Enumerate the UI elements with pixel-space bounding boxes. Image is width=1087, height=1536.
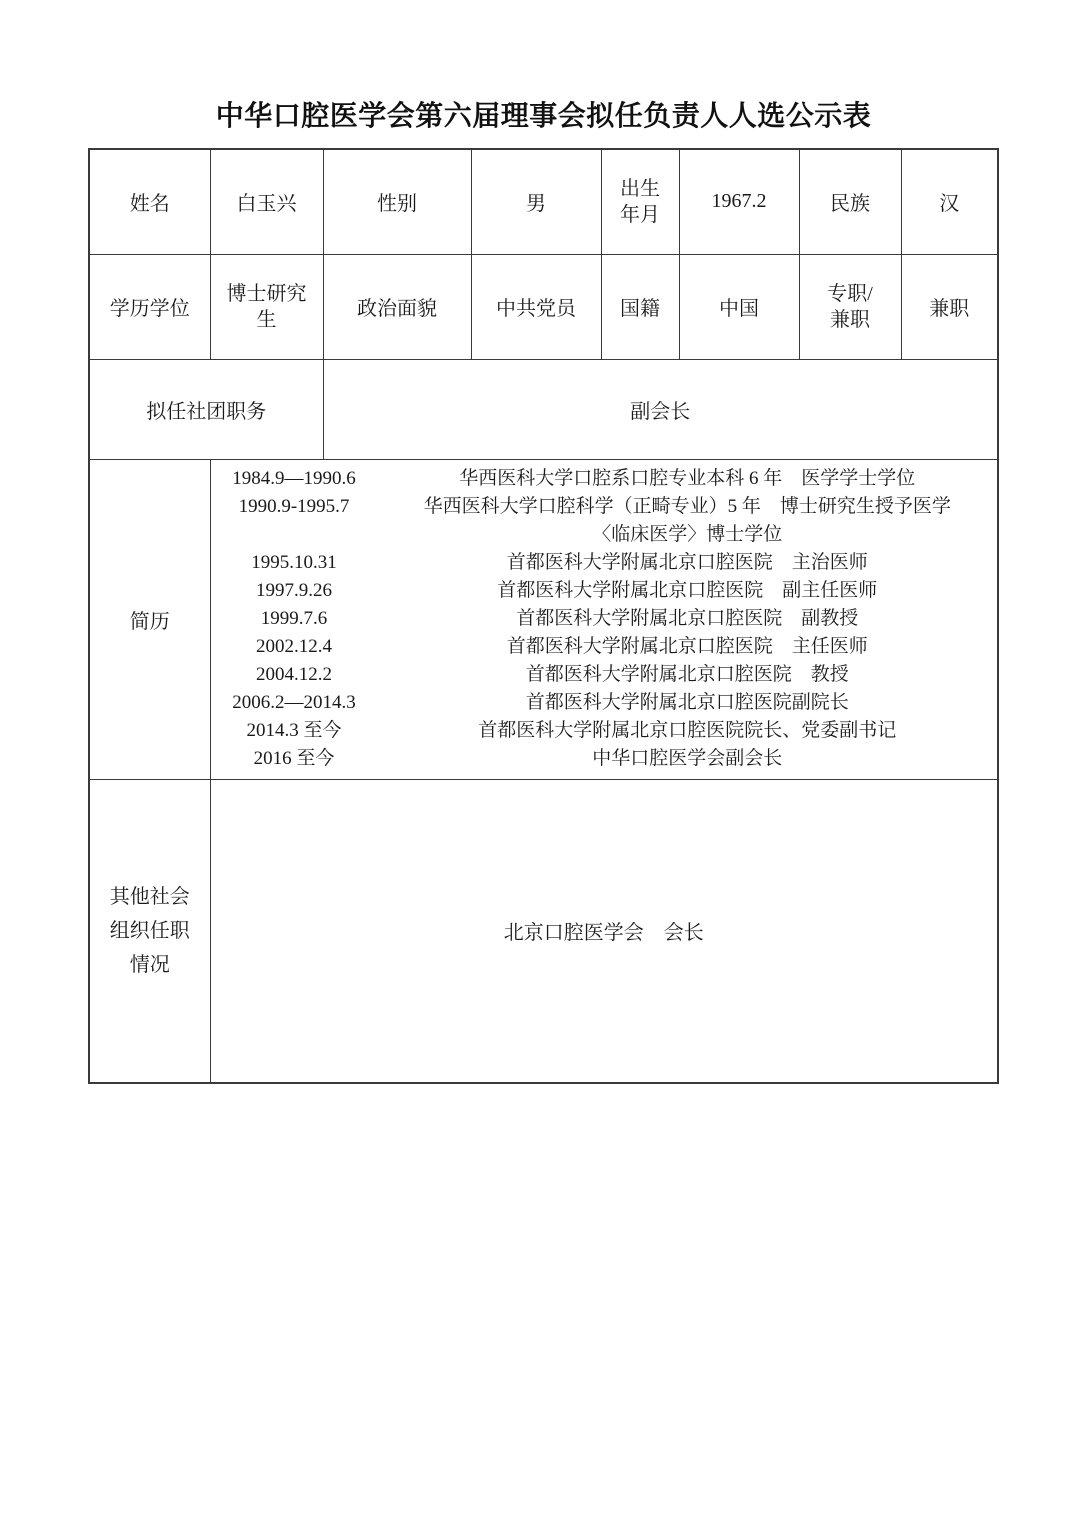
nationality-label: 国籍: [601, 254, 679, 359]
other-positions-label: 其他社会 组织任职 情况: [89, 779, 210, 1083]
birthdate-value: 1967.2: [679, 149, 799, 254]
education-value: 博士研究 生: [210, 254, 323, 359]
resume-line-text: 首都医科大学附属北京口腔医院 教授: [378, 661, 998, 689]
political-status-label: 政治面貌: [323, 254, 471, 359]
resume-label: 简历: [89, 459, 210, 779]
resume-line-date: 1999.7.6: [211, 605, 378, 633]
resume-line-date: 2004.12.2: [211, 661, 378, 689]
resume-line: 〈临床医学〉博士学位: [211, 521, 998, 549]
resume-line: 2002.12.4 首都医科大学附属北京口腔医院 主任医师: [211, 633, 998, 661]
resume-line-text: 华西医科大学口腔系口腔专业本科 6 年 医学学士学位: [378, 465, 998, 493]
job-type-value: 兼职: [901, 254, 998, 359]
row-education-info: 学历学位 博士研究 生 政治面貌 中共党员 国籍 中国 专职/ 兼职 兼职: [89, 254, 998, 359]
resume-line: 1990.9-1995.7 华西医科大学口腔科学（正畸专业）5 年 博士研究生授…: [211, 493, 998, 521]
resume-line-date: 2014.3 至今: [211, 717, 378, 745]
name-value: 白玉兴: [210, 149, 323, 254]
ethnicity-value: 汉: [901, 149, 998, 254]
row-resume: 简历 1984.9—1990.6 华西医科大学口腔系口腔专业本科 6 年 医学学…: [89, 459, 998, 779]
resume-line-text: 〈临床医学〉博士学位: [378, 521, 998, 549]
resume-line-date: 1997.9.26: [211, 577, 378, 605]
row-basic-info: 姓名 白玉兴 性别 男 出生 年月 1967.2 民族 汉: [89, 149, 998, 254]
row-proposed-position: 拟任社团职务 副会长: [89, 359, 998, 459]
resume-line-text: 华西医科大学口腔科学（正畸专业）5 年 博士研究生授予医学: [378, 493, 998, 521]
resume-line-text: 首都医科大学附属北京口腔医院副院长: [378, 689, 998, 717]
resume-line-date: 2006.2—2014.3: [211, 689, 378, 717]
resume-line: 1997.9.26 首都医科大学附属北京口腔医院 副主任医师: [211, 577, 998, 605]
resume-line-text: 首都医科大学附属北京口腔医院 主治医师: [378, 549, 998, 577]
gender-value: 男: [471, 149, 601, 254]
resume-line: 2006.2—2014.3 首都医科大学附属北京口腔医院副院长: [211, 689, 998, 717]
nationality-value: 中国: [679, 254, 799, 359]
proposed-position-value: 副会长: [323, 359, 998, 459]
resume-line: 1999.7.6 首都医科大学附属北京口腔医院 副教授: [211, 605, 998, 633]
resume-line-text: 首都医科大学附属北京口腔医院 主任医师: [378, 633, 998, 661]
resume-line: 2016 至今 中华口腔医学会副会长: [211, 745, 998, 773]
gender-label: 性别: [323, 149, 471, 254]
resume-line-date: 1995.10.31: [211, 549, 378, 577]
row-other-positions: 其他社会 组织任职 情况 北京口腔医学会 会长: [89, 779, 998, 1083]
resume-line-text: 首都医科大学附属北京口腔医院院长、党委副书记: [378, 717, 998, 745]
ethnicity-label: 民族: [799, 149, 901, 254]
name-label: 姓名: [89, 149, 210, 254]
resume-line-date: 1984.9—1990.6: [211, 465, 378, 493]
education-label: 学历学位: [89, 254, 210, 359]
birthdate-label: 出生 年月: [601, 149, 679, 254]
resume-content: 1984.9—1990.6 华西医科大学口腔系口腔专业本科 6 年 医学学士学位…: [210, 459, 998, 779]
candidate-info-table: 姓名 白玉兴 性别 男 出生 年月 1967.2 民族 汉 学历学位 博士研究 …: [88, 148, 999, 1084]
other-positions-value: 北京口腔医学会 会长: [210, 779, 998, 1083]
resume-line-date: 2016 至今: [211, 745, 378, 773]
resume-line-text: 首都医科大学附属北京口腔医院 副教授: [378, 605, 998, 633]
resume-line: 1984.9—1990.6 华西医科大学口腔系口腔专业本科 6 年 医学学士学位: [211, 465, 998, 493]
resume-line-text: 中华口腔医学会副会长: [378, 745, 998, 773]
resume-line-date: 1990.9-1995.7: [211, 493, 378, 521]
resume-line-date: 2002.12.4: [211, 633, 378, 661]
page-title: 中华口腔医学会第六届理事会拟任负责人人选公示表: [0, 101, 1087, 132]
resume-line: 1995.10.31 首都医科大学附属北京口腔医院 主治医师: [211, 549, 998, 577]
proposed-position-label: 拟任社团职务: [89, 359, 323, 459]
job-type-label: 专职/ 兼职: [799, 254, 901, 359]
resume-line: 2014.3 至今 首都医科大学附属北京口腔医院院长、党委副书记: [211, 717, 998, 745]
political-status-value: 中共党员: [471, 254, 601, 359]
resume-line-text: 首都医科大学附属北京口腔医院 副主任医师: [378, 577, 998, 605]
resume-line: 2004.12.2 首都医科大学附属北京口腔医院 教授: [211, 661, 998, 689]
